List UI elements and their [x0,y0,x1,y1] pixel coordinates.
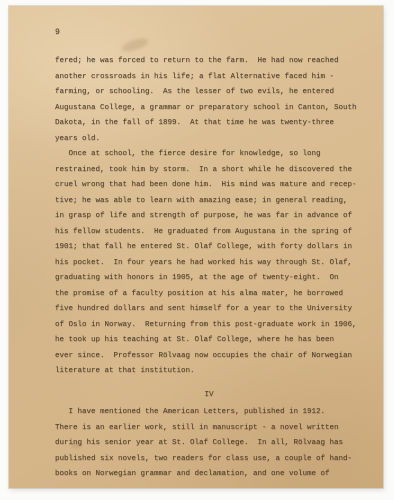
text-line: fered; he was forced to return to the fa… [55,54,363,70]
section-heading: IV [55,388,363,404]
text-line: graduating with honors in 1905, at the a… [55,271,363,287]
text-line: There is an earlier work, still in manus… [55,421,363,437]
text-line: another crossroads in his life; a flat A… [55,70,363,86]
text-line: years old. [55,132,363,148]
text-line: his pocket. In four years he had worked … [55,256,363,272]
text-line: of Oslo in Norway. Returning from this p… [55,318,363,334]
text-line: ever since. Professor Rölvaag now occupi… [55,349,363,365]
text-line: he took up his teaching at St. Olaf Coll… [55,333,363,349]
typewritten-page: 9 fered; he was forced to return to the … [9,6,383,488]
smudge-mark [120,36,150,54]
paragraph-2: Once at school, the fierce desire for kn… [55,147,363,380]
text-line: cruel wrong that had been done him. His … [55,178,363,194]
page-number: 9 [55,28,60,38]
page-text: fered; he was forced to return to the fa… [55,54,363,483]
text-line: restrained, took him by storm. In a shor… [55,163,363,179]
text-line: books on Norwegian grammar and declamati… [55,467,363,483]
text-line: the promise of a faculty position at his… [55,287,363,303]
text-line: tive; he was able to learn with amazing … [55,194,363,210]
text-line: farming, or schooling. As the lesser of … [55,85,363,101]
text-line: published six novels, two readers for cl… [55,452,363,468]
text-line: I have mentioned the American Letters, p… [55,405,363,421]
text-line: five hundred dollars and sent himself fo… [55,302,363,318]
paragraph-3: I have mentioned the American Letters, p… [55,405,363,483]
text-line: literature at that institution. [55,364,363,380]
text-line: Once at school, the fierce desire for kn… [55,147,363,163]
text-line: 1901; that fall he entered St. Olaf Coll… [55,240,363,256]
text-line: Dakota, in the fall of 1899. At that tim… [55,116,363,132]
text-line: his fellow students. He graduated from A… [55,225,363,241]
text-line: Augustana College, a grammar or preparat… [55,101,363,117]
text-line: during his senior year at St. Olaf Colle… [55,436,363,452]
text-line: in grasp of life and strength of purpose… [55,209,363,225]
paragraph-1: fered; he was forced to return to the fa… [55,54,363,147]
